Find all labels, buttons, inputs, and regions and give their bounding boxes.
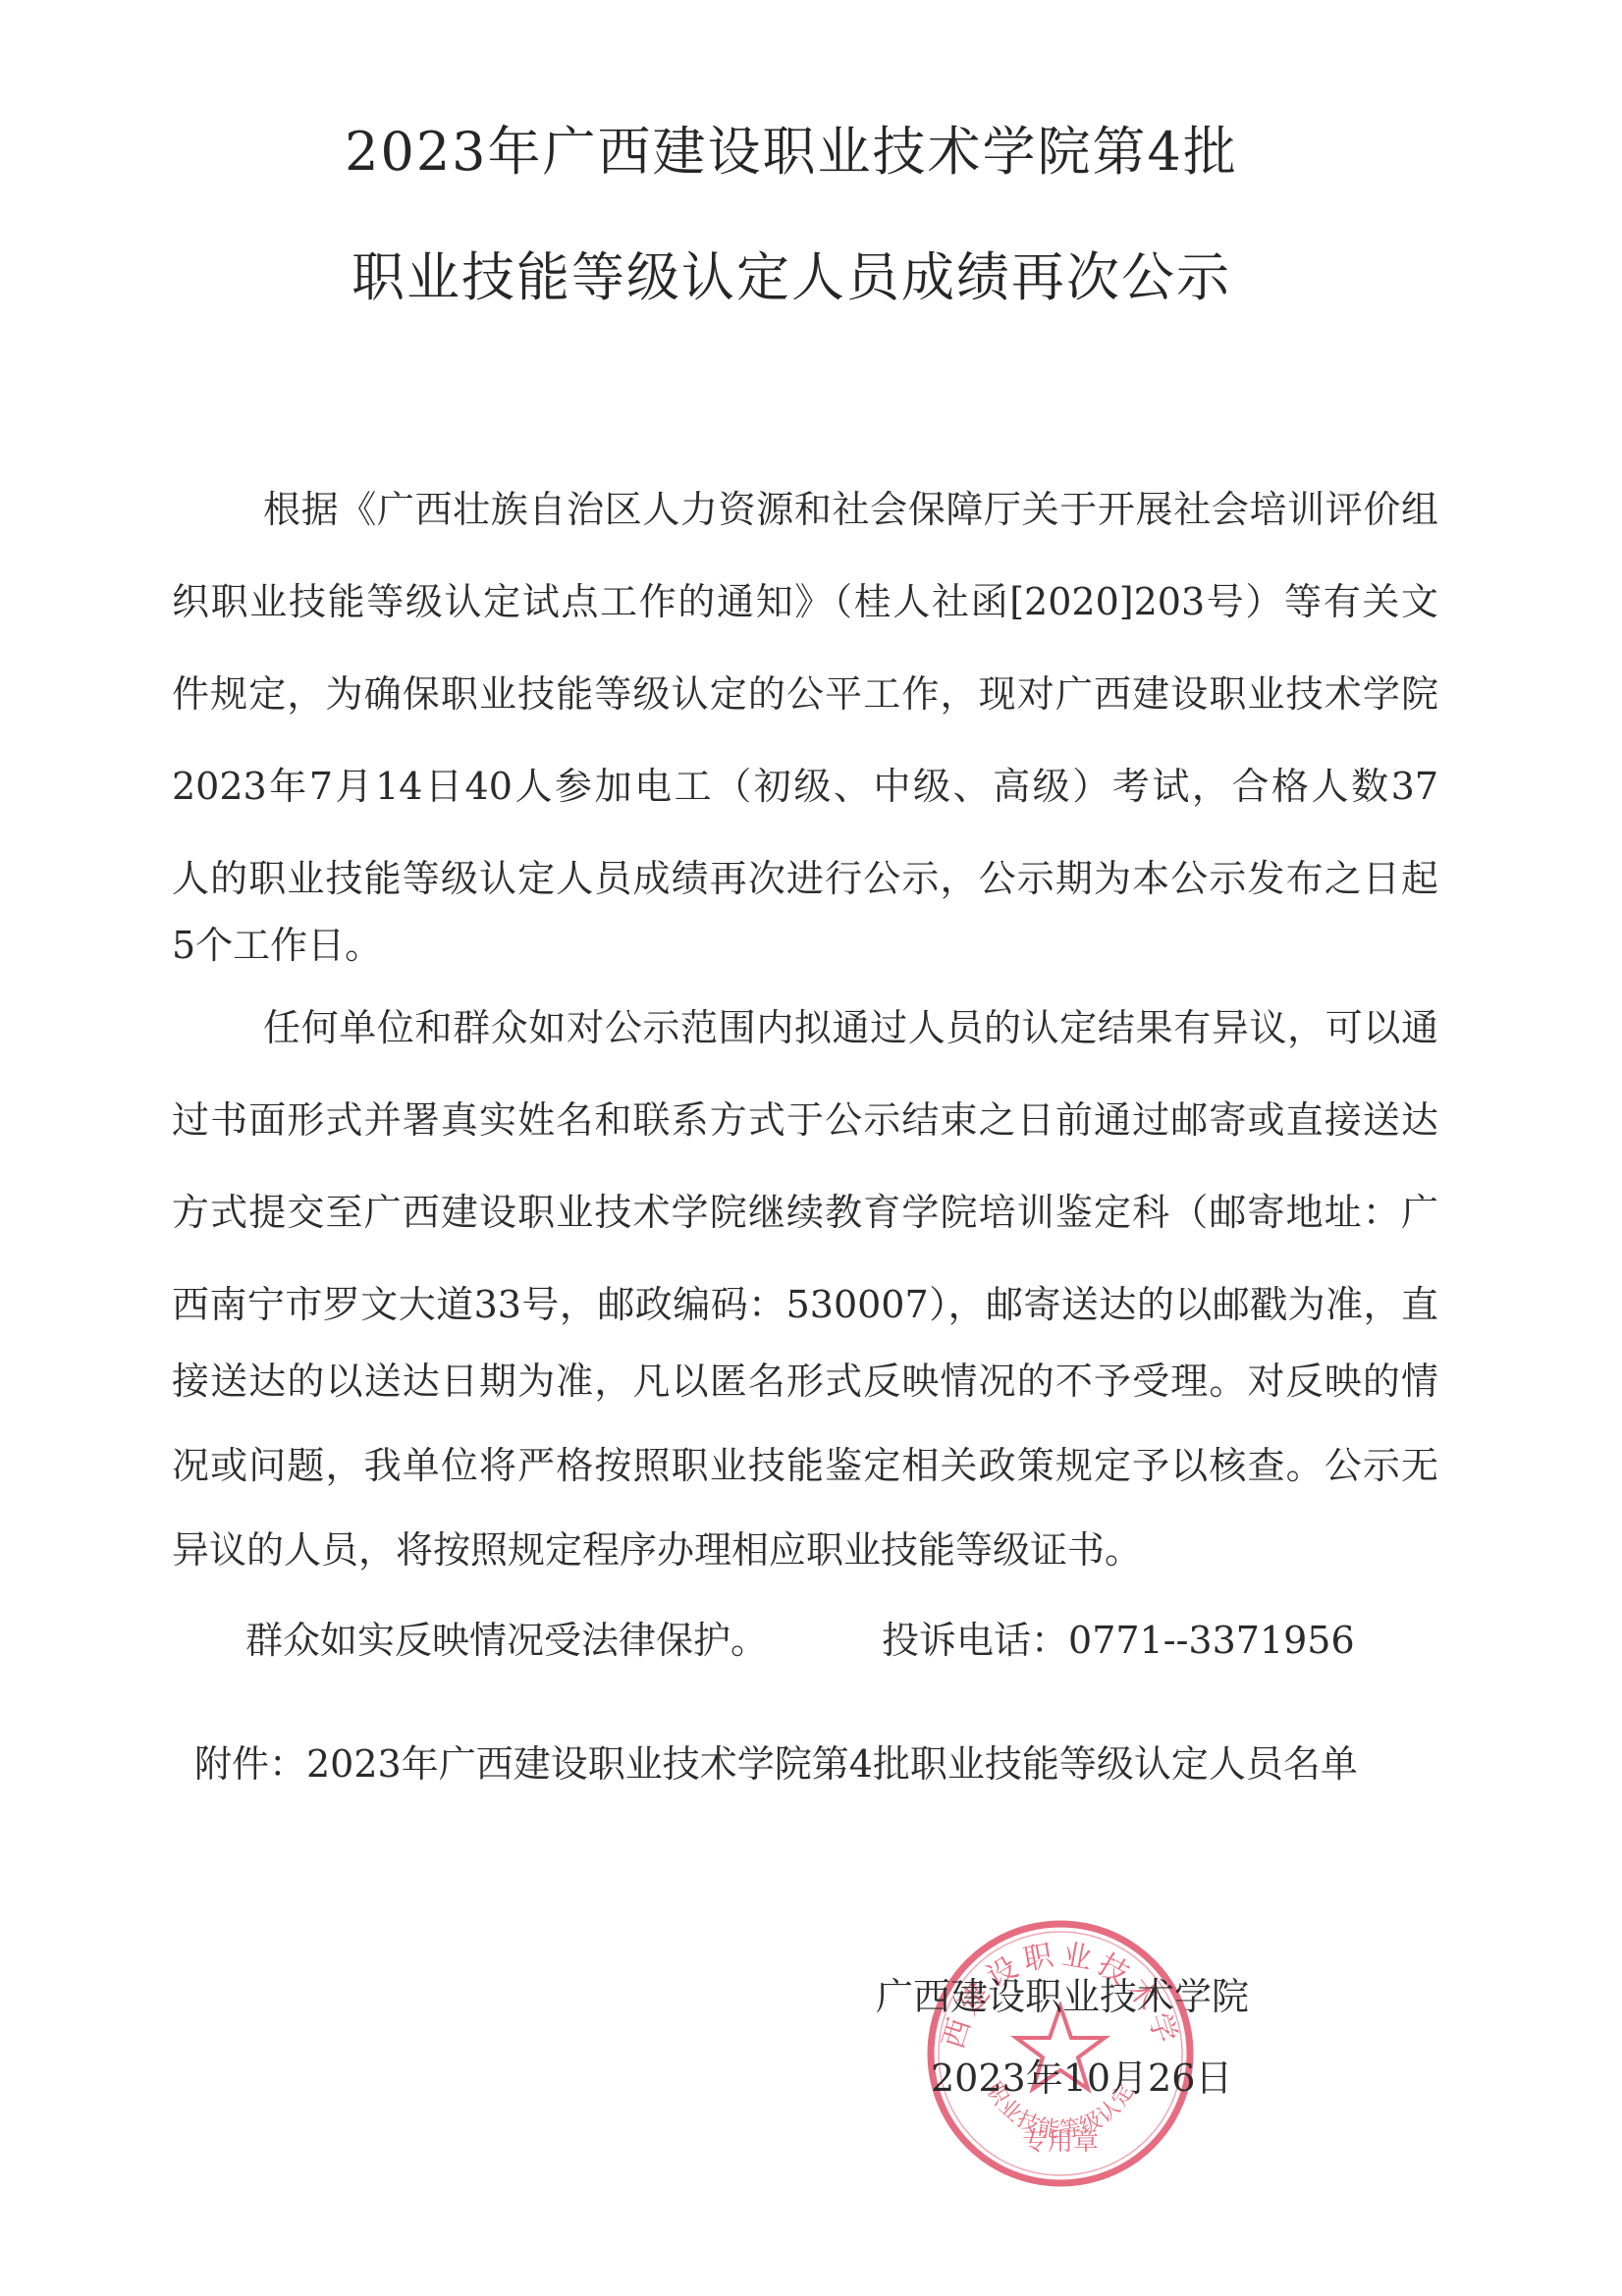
document-title-line-1: 2023年广西建设职业技术学院第4批 <box>0 110 1602 186</box>
paragraph-2-line: 方式提交至广西建设职业技术学院继续教育学院培训鉴定科（邮寄地址：广 <box>172 1190 1438 1235</box>
legal-protection-statement: 群众如实反映情况受法律保护。 <box>245 1618 768 1663</box>
paragraph-1-line: 2023年7月14日40人参加电工（初级、中级、高级）考试，合格人数37 <box>172 764 1438 809</box>
signature-organization: 广西建设职业技术学院 <box>876 1966 1249 2020</box>
paragraph-1-line: 人的职业技能等级认定人员成绩再次进行公示，公示期为本公示发布之日起 <box>172 856 1438 901</box>
paragraph-2-line: 接送达的以送达日期为准，凡以匿名形式反映情况的不予受理。对反映的情 <box>172 1359 1438 1404</box>
document-page: 2023年广西建设职业技术学院第4批 职业技能等级认定人员成绩再次公示 根据《广… <box>0 0 1622 2296</box>
paragraph-2-line: 任何单位和群众如对公示范围内拟通过人员的认定结果有异议，可以通 <box>263 1005 1438 1050</box>
complaint-phone: 投诉电话：0771--3371956 <box>882 1618 1355 1663</box>
paragraph-1-line: 织职业技能等级认定试点工作的通知》（桂人社函[2020]203号）等有关文 <box>172 579 1438 624</box>
paragraph-2-line: 西南宁市罗文大道33号，邮政编码：530007），邮寄送达的以邮戳为准，直 <box>172 1282 1438 1327</box>
paragraph-2-line: 异议的人员，将按照规定程序办理相应职业技能等级证书。 <box>172 1527 1438 1573</box>
paragraph-2-line: 过书面形式并署真实姓名和联系方式于公示结束之日前通过邮寄或直接送达 <box>172 1097 1438 1143</box>
paragraph-1-line: 件规定，为确保职业技能等级认定的公平工作，现对广西建设职业技术学院 <box>172 671 1438 717</box>
document-title-line-2: 职业技能等级认定人员成绩再次公示 <box>0 236 1602 311</box>
paragraph-2-line: 况或问题，我单位将严格按照职业技能鉴定相关政策规定予以核查。公示无 <box>172 1443 1438 1488</box>
attachment-note: 附件：2023年广西建设职业技术学院第4批职业技能等级认定人员名单 <box>194 1741 1358 1787</box>
signature-date: 2023年10月26日 <box>931 2048 1232 2102</box>
svg-text:专用章: 专用章 <box>1022 2127 1099 2157</box>
complaint-phone-label: 投诉电话： <box>882 1619 1068 1662</box>
complaint-phone-number: 0771--3371956 <box>1068 1619 1355 1662</box>
paragraph-1-line: 5个工作日。 <box>172 923 1438 968</box>
paragraph-1-line: 根据《广西壮族自治区人力资源和社会保障厅关于开展社会培训评价组 <box>263 487 1438 532</box>
